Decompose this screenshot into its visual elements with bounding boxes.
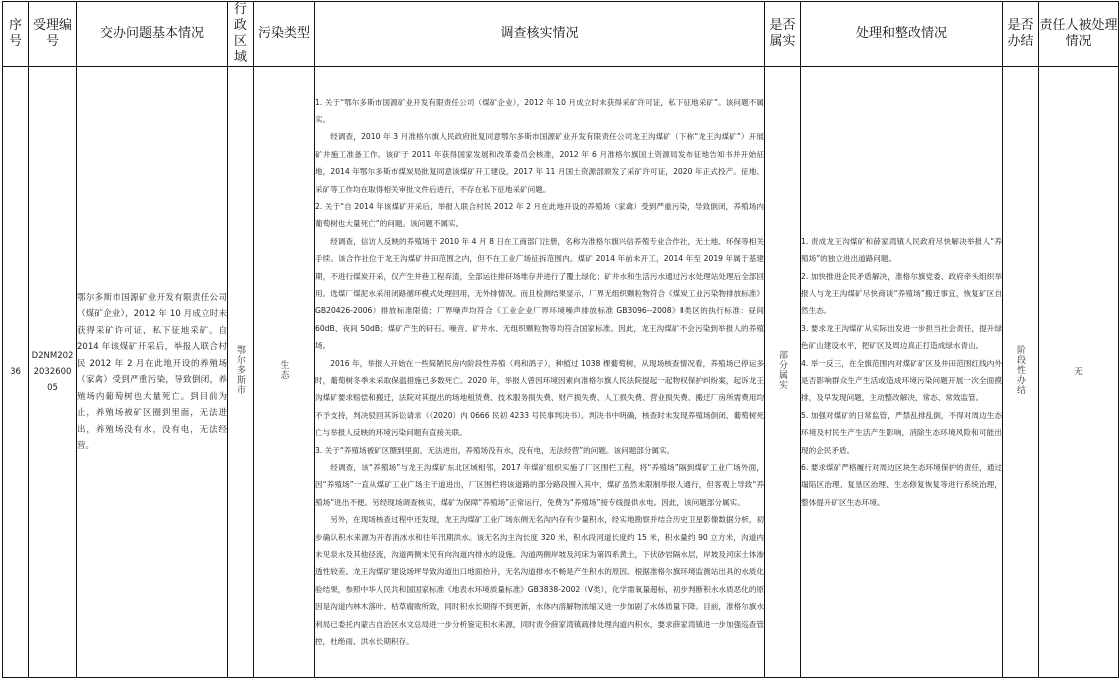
header-basic: 交办问题基本情况 (77, 2, 228, 67)
cell-seq: 36 (3, 67, 29, 678)
region-text: 鄂尔多斯市 (234, 345, 247, 395)
pollution-type-text: 生态 (278, 360, 291, 380)
survey-paragraph: 经调查，2010 年 3 月准格尔旗人民政府批复同意鄂尔多斯市国源矿业开发有限责… (315, 128, 764, 198)
survey-paragraph: 2. 关于“自 2014 年该煤矿开采后，举报人联合村民 2012 年 2 月在… (315, 198, 764, 233)
header-accountability: 责任人被处理情况 (1039, 2, 1119, 67)
handling-item: 3. 要求龙王沟煤矿从实际出发进一步担当社会责任，提升绿色矿山建设水平，把矿区及… (801, 320, 1002, 355)
survey-paragraph: 1. 关于“鄂尔多斯市国源矿业开发有限责任公司（煤矿企业），2012 年 10 … (315, 94, 764, 129)
header-row: 序号 受理编号 交办问题基本情况 行政区域 污染类型 调查核实情况 是否属实 处… (3, 2, 1119, 67)
header-case-no: 受理编号 (29, 2, 77, 67)
header-region: 行政区域 (228, 2, 254, 67)
cell-pollution-type: 生态 (254, 67, 315, 678)
cell-basic: 鄂尔多斯市国源矿业开发有限责任公司（煤矿企业），2012 年 10 月成立时未获… (77, 67, 228, 678)
table-row: 36 D2NM202 2032600 05 鄂尔多斯市国源矿业开发有限责任公司（… (3, 67, 1119, 678)
cell-case-no: D2NM202 2032600 05 (29, 67, 77, 678)
case-table: 序号 受理编号 交办问题基本情况 行政区域 污染类型 调查核实情况 是否属实 处… (2, 1, 1119, 678)
header-handling: 处理和整改情况 (801, 2, 1003, 67)
survey-paragraph: 3. 关于“养殖场被矿区圈到里面，无法进出，养殖场没有水，没有电，无法经营”的问… (315, 442, 764, 459)
case-no-line-3: 05 (29, 380, 76, 396)
survey-paragraph: 2016 年，举报人开始在一些简陋民房内阶段性养殖（鸡和鸽子），种植过 1038… (315, 355, 764, 442)
cell-region: 鄂尔多斯市 (228, 67, 254, 678)
header-is-true: 是否属实 (765, 2, 801, 67)
cell-handling: 1. 责成龙王沟煤矿和薛家湾镇人民政府尽快解决举报人“养殖场”的独立进出道路问题… (801, 67, 1003, 678)
handling-item: 2. 加快推进企民矛盾解决，准格尔旗党委、政府牵头组织举报人与龙王沟煤矿尽快商谈… (801, 268, 1002, 320)
cell-survey: 1. 关于“鄂尔多斯市国源矿业开发有限责任公司（煤矿企业），2012 年 10 … (315, 67, 765, 678)
survey-paragraph: 另外，在现场核查过程中还发现，龙王沟煤矿工业广场东侧无名沟内存有少量积水，经实地… (315, 511, 764, 650)
survey-paragraph: 经调查，信访人反映的养殖场于 2010 年 4 月 8 日在工商部门注册，名称为… (315, 233, 764, 355)
header-is-closed: 是否办结 (1003, 2, 1039, 67)
survey-paragraph: 经调查，该“养殖场”与龙王沟煤矿东北区域相邻，2017 年煤矿组织实施了厂区围栏… (315, 459, 764, 511)
is-closed-text: 阶段性办结 (1014, 345, 1027, 395)
handling-item: 4. 举一反三，在全旗范围内对煤矿矿区及井田范围红线内外是否影响群众生产生活或造… (801, 355, 1002, 407)
case-no-line-2: 2032600 (29, 364, 76, 380)
handling-item: 6. 要求煤矿严格履行对周边区块生态环境保护的责任，通过塌陷区治理、复垦区治理、… (801, 459, 1002, 511)
cell-is-true: 部分属实 (765, 67, 801, 678)
is-true-text: 部分属实 (776, 350, 789, 390)
handling-item: 5. 加强对煤矿的日常监管，严禁乱排乱倒，不得对周边生态环境及村民生产生活产生影… (801, 407, 1002, 459)
case-no-line-1: D2NM202 (29, 348, 76, 364)
header-survey: 调查核实情况 (315, 2, 765, 67)
cell-accountability: 无 (1039, 67, 1119, 678)
handling-item: 1. 责成龙王沟煤矿和薛家湾镇人民政府尽快解决举报人“养殖场”的独立进出道路问题… (801, 233, 1002, 268)
cell-is-closed: 阶段性办结 (1003, 67, 1039, 678)
header-seq: 序号 (3, 2, 29, 67)
header-pollution-type: 污染类型 (254, 2, 315, 67)
